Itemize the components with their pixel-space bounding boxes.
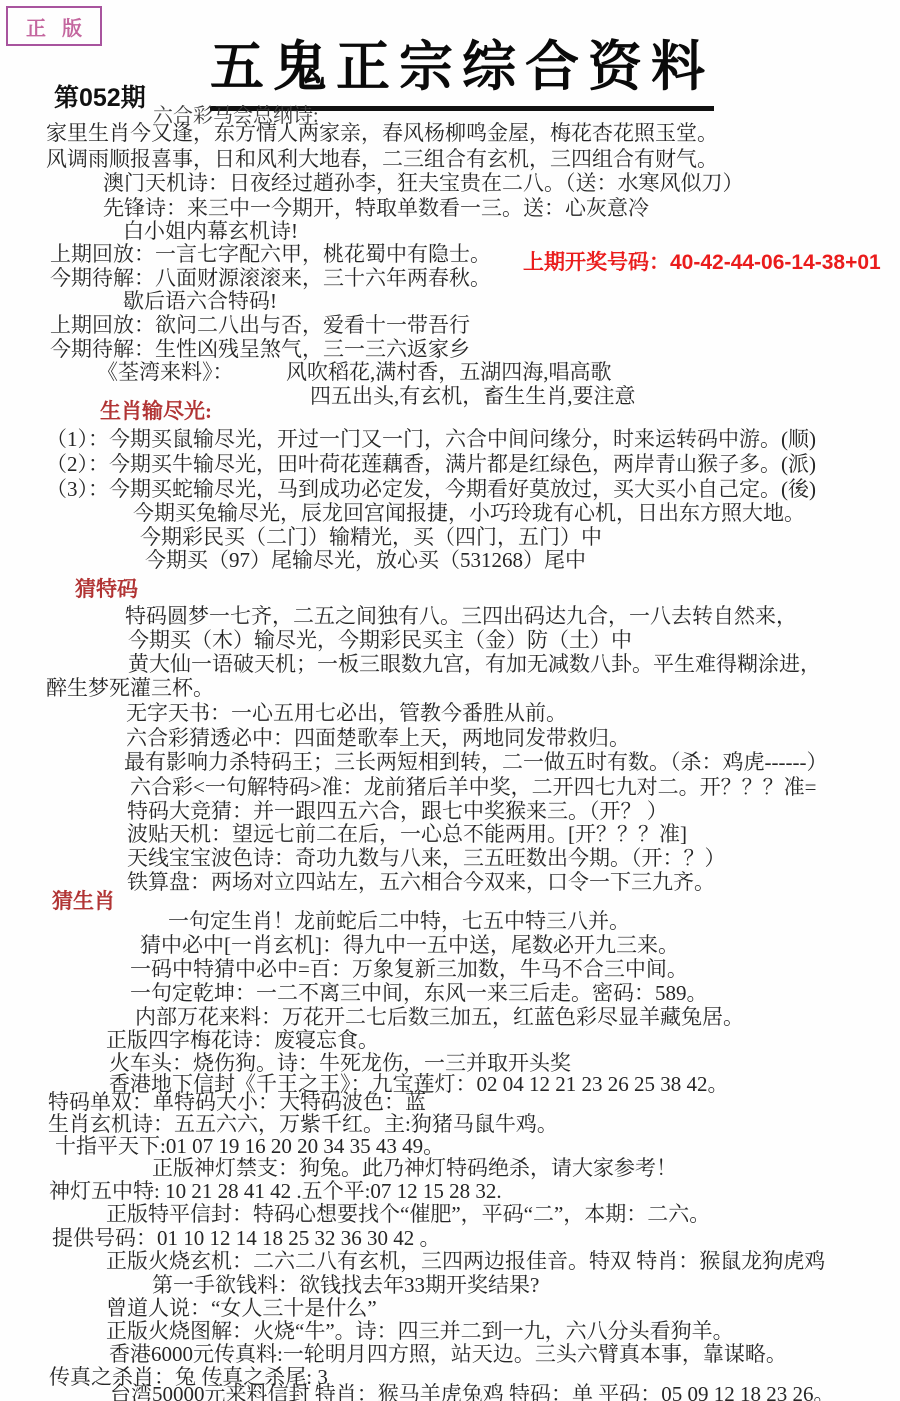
text-line: 特码大竞猜：并一跟四五六合，跟七中奖猴来三。（开？ ）	[127, 800, 668, 823]
text-line: 上期回放：欲问二八出与否，爱看十一带吾行	[50, 314, 470, 337]
text-line: 歇后语六合特码!	[123, 290, 277, 313]
text-line: 生肖玄机诗：五五六六，万紫千红。主:狗猪马鼠牛鸡。	[48, 1113, 558, 1136]
text-line: 今期待解：生性凶残呈煞气，三一三六返家乡	[50, 338, 470, 361]
text-line: 六合彩猜透必中：四面楚歌奉上天，两地同发带救归。	[126, 727, 630, 750]
text-line: 正版神灯禁支：狗兔。此乃神灯特码绝杀，请大家参考！	[152, 1157, 677, 1180]
section-heading: 生肖输尽光:	[100, 400, 212, 423]
text-line: （3）：今期买蛇输尽光，马到成功必定发，今期看好莫放过，买大买小自己定。(後)	[46, 478, 816, 501]
text-line: 特码圆梦一七齐，二五之间独有八。三四出码达九合，一八去转自然来，	[125, 605, 797, 628]
text-line: 今期买（97）尾输尽光，放心买（531268）尾中	[145, 549, 586, 572]
text-line: 白小姐内幕玄机诗!	[123, 220, 298, 243]
text-line: 正版四字梅花诗：废寝忘食。	[106, 1029, 379, 1052]
text-line: 第一手欲钱料：欲钱找去年33期开奖结果?	[152, 1274, 539, 1297]
authentic-stamp: 正版	[6, 6, 102, 46]
text-line: 今期买（木）输尽光，今期彩民买主（金）防（土）中	[128, 629, 632, 652]
text-line: 四五出头,有玄机，畜生生肖,要注意	[310, 385, 636, 408]
text-line: 《荃湾来料》： 风吹稻花,满村香，五湖四海,唱高歌	[97, 361, 612, 384]
text-line: 十指平天下:01 07 19 16 20 20 34 35 43 49。	[55, 1135, 444, 1158]
text-line: （1）：今期买鼠输尽光，开过一门又一门，六合中间问缘分，时来运转码中游。(顺)	[46, 428, 816, 451]
text-line: 一码中特猜中必中=百：万象复新三加数，牛马不合三中间。	[130, 958, 688, 981]
text-line: 最有影响力杀特码王；三长两短相到转，二一做五时有数。（杀：鸡虎------）	[124, 751, 827, 774]
section-heading: 猜生肖	[52, 890, 115, 913]
text-line: 风调雨顺报喜事，日和风利大地春，二三组合有玄机，三四组合有财气。	[46, 148, 718, 171]
text-line: 神灯五中特: 10 21 28 41 42 .五个平:07 12 15 28 3…	[49, 1180, 502, 1203]
text-line: 正版火烧玄机：二六二八有玄机，三四两边报佳音。特双 特肖：猴鼠龙狗虎鸡	[106, 1250, 825, 1273]
text-line: 铁算盘：两场对立四站左，五六相合今双来，口令一下三九齐。	[127, 871, 715, 894]
text-line: 台湾50000元来料信封 特肖：猴马羊虎兔鸡 特码：单 平码：05 09 12 …	[110, 1383, 835, 1401]
text-line: 今期彩民买（二门）输精光，买（四门，五门）中	[140, 526, 602, 549]
text-line: 香港6000元传真料:一轮明月四方照，站天边。三头六臂真本事，靠谋略。	[109, 1343, 787, 1366]
text-line: 先锋诗：来三中一今期开，特取单数看一三。送：心灰意冷	[103, 197, 649, 220]
text-line: 特码单双：单特码大小：大特码波色：蓝	[48, 1091, 426, 1114]
text-line: 醉生梦死灌三杯。	[46, 677, 214, 700]
document-page: 正版 五鬼正宗综合资料 第052期 六合彩马会总纲诗: 上期开奖号码：40-42…	[0, 0, 900, 1401]
text-line: 上期回放：一言七字配六甲，桃花蜀中有隐士。	[50, 243, 491, 266]
text-line: 家里生肖今又逢，东方情人两家亲，春风杨柳鸣金屋，梅花杏花照玉堂。	[46, 122, 718, 145]
text-line: 内部万花来料：万花开二七后数三加五，红蓝色彩尽显羊藏兔居。	[135, 1006, 744, 1029]
text-line: （2）：今期买牛输尽光，田叶荷花莲藕香，满片都是红绿色，两岸青山猴子多。(派)	[46, 453, 816, 476]
text-line: 一句定乾坤：一二不离三中间，东风一来三后走。密码：589。	[130, 982, 708, 1005]
text-line: 一句定生肖！龙前蛇后二中特，七五中特三八并。	[168, 910, 630, 933]
text-line: 无字天书：一心五用七必出，管教今番胜从前。	[126, 702, 567, 725]
issue-number: 第052期	[54, 78, 146, 114]
text-line: 提供号码：01 10 12 14 18 25 32 36 30 42 。	[52, 1227, 441, 1250]
text-line: 波贴天机：望远七前二在后，一心总不能两用。[开？？？准]	[127, 823, 687, 846]
text-line: 曾道人说：“女人三十是什么”	[106, 1297, 377, 1320]
text-line: 澳门天机诗：日夜经过趙孙李，狂夫宝贵在二八。（送：水寒风似刀）	[103, 172, 744, 195]
text-line: 正版特平信封：特码心想要找个“催肥”，平码“二”，本期：二六。	[106, 1203, 710, 1226]
text-line: 今期买兔输尽光，辰龙回宫闻报捷，小巧玲珑有心机，日出东方照大地。	[133, 502, 805, 525]
text-line: 天线宝宝波色诗：奇功九数与八来，三五旺数出今期。（开：？）	[127, 847, 726, 870]
text-line: 猜中必中[一肖玄机]：得九中一五中送，尾数必开九三来。	[140, 934, 679, 957]
page-title: 五鬼正宗综合资料	[210, 24, 714, 111]
last-draw-numbers: 上期开奖号码：40-42-44-06-14-38+01	[523, 246, 881, 276]
text-line: 今期待解：八面财源滚滚来，三十六年两春秋。	[50, 267, 491, 290]
authentic-stamp-label: 正版	[10, 12, 98, 41]
section-heading: 猜特码	[75, 578, 138, 601]
text-line: 黄大仙一语破天机；一板三眼数九宫，有加无减数八卦。平生难得糊涂进，	[128, 653, 821, 676]
text-line: 六合彩<一句解特码>准：龙前猪后羊中奖，二开四七九对二。开？？？准=	[130, 776, 817, 799]
text-line: 正版火烧图解：火烧“牛”。诗：四三并二到一九，六八分头看狗羊。	[106, 1320, 734, 1343]
